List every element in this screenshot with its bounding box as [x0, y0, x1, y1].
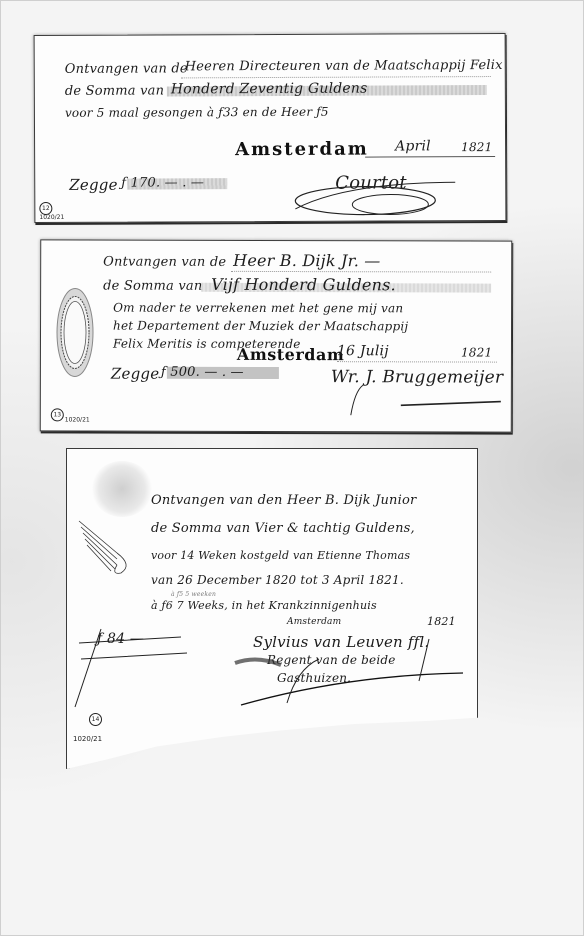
date-rule [337, 361, 497, 362]
receipt-received-from-label: Ontvangen van de [65, 61, 188, 77]
receipt-year: 1821 [461, 345, 492, 359]
receipt-sum-words: Vijf Honderd Guldens. [211, 275, 396, 294]
archive-reference: 1020/21 [73, 735, 102, 743]
receipt-description: voor 5 maal gesongen à ƒ33 en de Heer ƒ5 [65, 105, 329, 120]
receipt-line-3: voor 14 Weken kostgeld van Etienne Thoma… [151, 549, 410, 562]
receipt-line-2: de Somma van Vier & tachtig Guldens, [151, 521, 415, 536]
receipt-14: Ontvangen van den Heer B. Dijk Junior de… [66, 448, 478, 769]
receipt-line-1: Ontvangen van den Heer B. Dijk Junior [151, 493, 416, 508]
hatched-flourish-icon [77, 513, 137, 583]
receipt-zegge-label: Zegge [69, 176, 117, 194]
receipt-place: Amsterdam [287, 617, 341, 627]
receipt-zegge-label: Zegge [111, 365, 159, 383]
signature-flourish-icon [341, 381, 511, 421]
receipt-place: Amsterdam [235, 139, 369, 161]
receipt-amount: ƒ 170. — . — [121, 175, 204, 190]
receipt-13: Ontvangen van de Heer B. Dijk Jr. — de S… [40, 239, 513, 432]
date-rule [365, 156, 495, 158]
receipt-received-from-label: Ontvangen van de [103, 255, 226, 270]
receipt-year: 1821 [427, 615, 456, 628]
receipt-amount: ƒ 500. — . — [161, 365, 244, 380]
archive-item-number: 14 [89, 713, 102, 726]
receipt-description-line2: het Departement der Muziek der Maatschap… [113, 319, 408, 334]
receipt-sum-label: de Somma van [103, 279, 202, 294]
receipt-date: April [395, 138, 431, 154]
receipt-amount: ƒ 84 — [97, 631, 144, 647]
receipt-year: 1821 [461, 140, 492, 154]
archive-reference: 1020/21 [65, 416, 90, 423]
receipt-sum-label: de Somma van [65, 83, 164, 98]
receipt-payer: Heer B. Dijk Jr. — [233, 251, 380, 270]
receipt-12: Ontvangen van de Heeren Directeuren van … [34, 33, 507, 223]
dotted-rule [181, 76, 491, 78]
signature-flourish-icon [285, 172, 465, 223]
receipt-place: Amsterdam [237, 345, 344, 364]
receipt-sum-words: Honderd Zeventig Guldens [171, 81, 368, 98]
archive-reference: 1020/21 [39, 214, 64, 221]
signature-flourish-icon [227, 629, 467, 709]
receipt-date: 16 Julij [337, 343, 389, 359]
receipt-line-4: van 26 December 1820 tot 3 April 1821. [151, 573, 404, 587]
archive-item-number: 13 [51, 408, 64, 421]
receipt-description-line1: Om nader te verrekenen met het gene mij … [113, 301, 403, 316]
receipt-payer: Heeren Directeuren van de Maatschappij F… [185, 58, 503, 74]
faded-stamp [91, 461, 153, 517]
dotted-rule [231, 271, 491, 273]
receipt-line-5: à ƒ6 7 Weeks, in het Krankzinnigenhuis [151, 599, 377, 612]
receipt-pencil-note: à ƒ5 5 weeken [171, 591, 216, 598]
embossed-oval-stamp-icon [55, 286, 95, 378]
